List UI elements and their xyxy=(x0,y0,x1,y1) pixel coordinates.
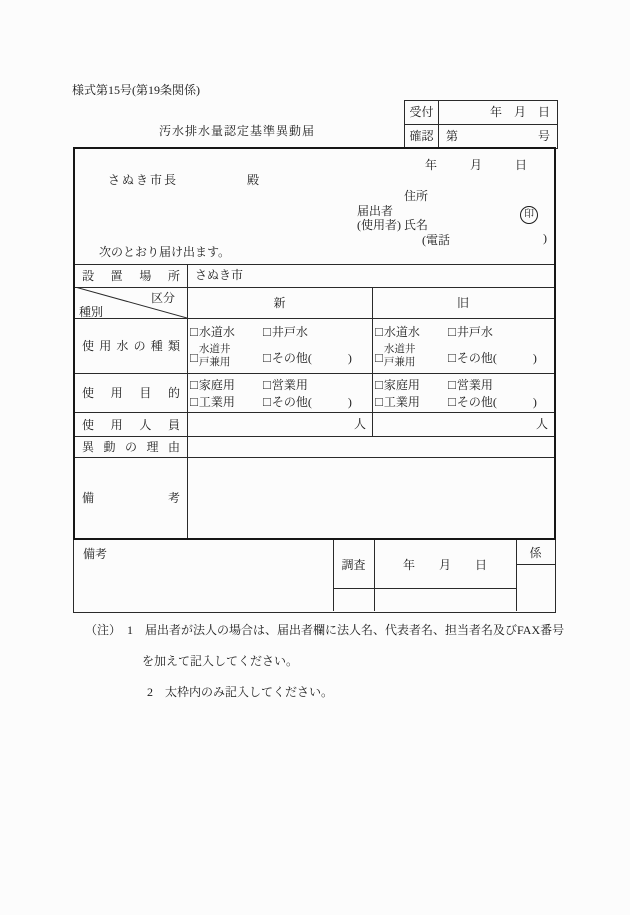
corner-kubun-label: 区分 xyxy=(151,289,175,306)
letter-date-field[interactable]: 年 月 日 xyxy=(425,156,527,173)
phone-label: (電話 xyxy=(422,231,450,248)
number-prefix: 第 xyxy=(446,125,458,148)
reason-field[interactable] xyxy=(187,436,554,457)
confirmation-label: 確認 xyxy=(405,125,439,148)
water-type-new-cell: □水道水 □井戸水 □水道井戸兼用 □その他( ) xyxy=(190,321,370,373)
option-label: 家庭用 xyxy=(199,376,235,393)
footer-remarks-field[interactable] xyxy=(82,564,327,609)
persons-old-field[interactable]: 人 xyxy=(372,412,548,436)
seal-icon: 印 xyxy=(520,206,538,224)
main-form-box: 年 月 日 さぬき市長 殿 住所 届出者 (使用者) 氏名 印 (電話 ) 次の… xyxy=(73,147,556,540)
option-label-stacked: 水道井戸兼用 xyxy=(384,344,416,369)
address-label: 住所 xyxy=(404,187,428,204)
option-label-stacked: 水道井戸兼用 xyxy=(199,344,231,369)
option-label: 水道水 xyxy=(384,323,420,340)
number-suffix: 号 xyxy=(538,125,550,148)
day-label: 日 xyxy=(515,156,527,173)
survey-label: 調査 xyxy=(333,540,374,588)
water-type-old-cell: □水道水 □井戸水 □水道井戸兼用 □その他( ) xyxy=(375,321,555,373)
option-label: その他( ) xyxy=(457,393,537,410)
checkbox-new-tap-well-combined[interactable]: □ xyxy=(190,351,198,364)
honorific: 殿 xyxy=(247,171,259,188)
checkbox-old-purpose-other[interactable]: □ xyxy=(448,395,456,408)
footer-remarks-label: 備考 xyxy=(83,545,107,562)
office-use-box: 備考 調査 年 月 日 係 xyxy=(73,540,556,613)
remarks-label: 備考 xyxy=(75,489,187,506)
receipt-row: 受付 年 月 日 xyxy=(405,101,557,124)
note-line-1: （注） 1 届出者が法人の場合は、届出者欄に法人名、代表者名、担当者名及びFAX… xyxy=(85,621,564,638)
persons-unit: 人 xyxy=(536,417,548,431)
option-label: その他( ) xyxy=(272,393,352,410)
phone-paren-close: ) xyxy=(543,231,547,246)
location-label-cell: 設置場所 xyxy=(75,264,187,287)
checkbox-new-household[interactable]: □ xyxy=(190,378,198,391)
option-label: 営業用 xyxy=(457,376,493,393)
survey-date-field[interactable]: 年 月 日 xyxy=(374,540,516,588)
option-label: 営業用 xyxy=(272,376,308,393)
receipt-date-placeholder: 年 月 日 xyxy=(490,101,550,124)
persons-unit: 人 xyxy=(354,417,366,431)
option-label: その他( ) xyxy=(272,349,352,366)
checkbox-new-water-other[interactable]: □ xyxy=(263,351,271,364)
form-page: 様式第15号(第19条関係) 汚水排水量認定基準異動届 受付 年 月 日 確認 … xyxy=(0,0,630,915)
intro-sentence: 次のとおり届け出ます。 xyxy=(99,243,230,260)
section-field[interactable] xyxy=(516,564,555,611)
confirmation-row: 確認 第 号 xyxy=(405,124,557,148)
year-label: 年 xyxy=(425,156,437,173)
reason-label: 異動の理由 xyxy=(75,438,187,455)
checkbox-old-business[interactable]: □ xyxy=(448,378,456,391)
checkbox-old-water-other[interactable]: □ xyxy=(448,351,456,364)
purpose-label-cell: 使用目的 xyxy=(75,373,187,412)
persons-label: 使用人員 xyxy=(75,416,187,433)
receipt-table: 受付 年 月 日 確認 第 号 xyxy=(404,100,558,149)
option-label: 工業用 xyxy=(199,393,235,410)
confirmation-number-field[interactable]: 第 号 xyxy=(439,125,557,148)
purpose-old-cell: □家庭用 □営業用 □工業用 □その他( ) xyxy=(375,376,555,410)
option-label: その他( ) xyxy=(457,349,537,366)
receipt-label: 受付 xyxy=(405,101,439,124)
option-label: 井戸水 xyxy=(457,323,493,340)
page-title: 汚水排水量認定基準異動届 xyxy=(159,122,315,139)
purpose-label: 使用目的 xyxy=(75,384,187,401)
checkbox-old-well-water[interactable]: □ xyxy=(448,325,456,338)
location-label: 設置場所 xyxy=(75,267,187,284)
month-label: 月 xyxy=(470,156,482,173)
survey-date-extra-field[interactable] xyxy=(374,588,516,611)
seal-character: 印 xyxy=(524,209,534,220)
option-label: 井戸水 xyxy=(272,323,308,340)
note-line-3: 2 太枠内のみ記入してください。 xyxy=(147,683,333,700)
checkbox-old-tap-well-combined[interactable]: □ xyxy=(375,351,383,364)
water-type-label-cell: 使用水の種類 xyxy=(75,318,187,373)
persons-label-cell: 使用人員 xyxy=(75,412,187,436)
persons-new-field[interactable]: 人 xyxy=(187,412,366,436)
column-header-old: 旧 xyxy=(372,287,554,318)
survey-extra-field[interactable] xyxy=(333,588,374,611)
column-header-new: 新 xyxy=(187,287,372,318)
reason-label-cell: 異動の理由 xyxy=(75,436,187,457)
checkbox-new-purpose-other[interactable]: □ xyxy=(263,395,271,408)
option-label: 家庭用 xyxy=(384,376,420,393)
checkbox-old-household[interactable]: □ xyxy=(375,378,383,391)
remarks-label-cell: 備考 xyxy=(75,457,187,538)
user-name-label: (使用者) 氏名 xyxy=(357,216,428,233)
receipt-date-field[interactable]: 年 月 日 xyxy=(439,101,557,124)
checkbox-new-industrial[interactable]: □ xyxy=(190,395,198,408)
survey-date-placeholder: 年 月 日 xyxy=(403,556,487,573)
location-value[interactable]: さぬき市 xyxy=(195,264,243,287)
option-label: 工業用 xyxy=(384,393,420,410)
addressee: さぬき市長 xyxy=(108,171,178,188)
note-line-2: を加えて記入してください。 xyxy=(142,652,298,669)
remarks-field[interactable] xyxy=(187,457,554,538)
water-type-label: 使用水の種類 xyxy=(75,337,187,354)
purpose-new-cell: □家庭用 □営業用 □工業用 □その他( ) xyxy=(190,376,370,410)
checkbox-old-industrial[interactable]: □ xyxy=(375,395,383,408)
checkbox-new-well-water[interactable]: □ xyxy=(263,325,271,338)
section-label: 係 xyxy=(516,540,555,564)
form-number: 様式第15号(第19条関係) xyxy=(72,81,200,98)
checkbox-old-tap-water[interactable]: □ xyxy=(375,325,383,338)
checkbox-new-tap-water[interactable]: □ xyxy=(190,325,198,338)
option-label: 水道水 xyxy=(199,323,235,340)
checkbox-new-business[interactable]: □ xyxy=(263,378,271,391)
